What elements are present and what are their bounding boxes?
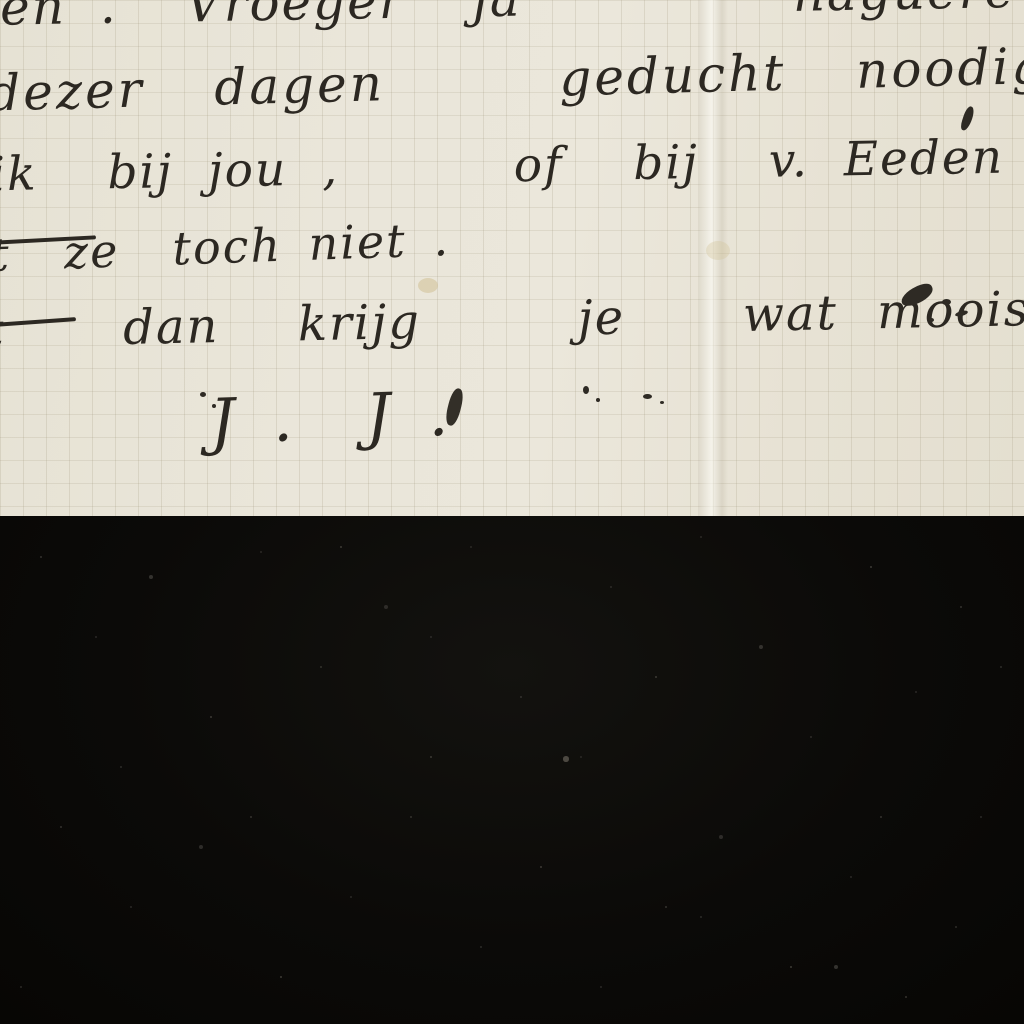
ink-speck [596, 398, 600, 402]
paper-stain [418, 278, 438, 293]
manuscript-paper: len . Vroeger ja naguere niet . dezer da… [0, 0, 1024, 519]
ink-blot [942, 299, 951, 305]
signature: J . J . [209, 380, 451, 457]
ink-speck [200, 392, 206, 397]
ink-speck [660, 401, 664, 404]
ink-speck [212, 404, 216, 408]
dust-specks [0, 516, 2, 518]
ink-blot [929, 318, 934, 322]
ink-speck [583, 386, 589, 394]
black-velvet-backdrop [0, 516, 1024, 1024]
letter-photograph: len . Vroeger ja naguere niet . dezer da… [0, 0, 1024, 1024]
ink-speck [643, 394, 652, 399]
